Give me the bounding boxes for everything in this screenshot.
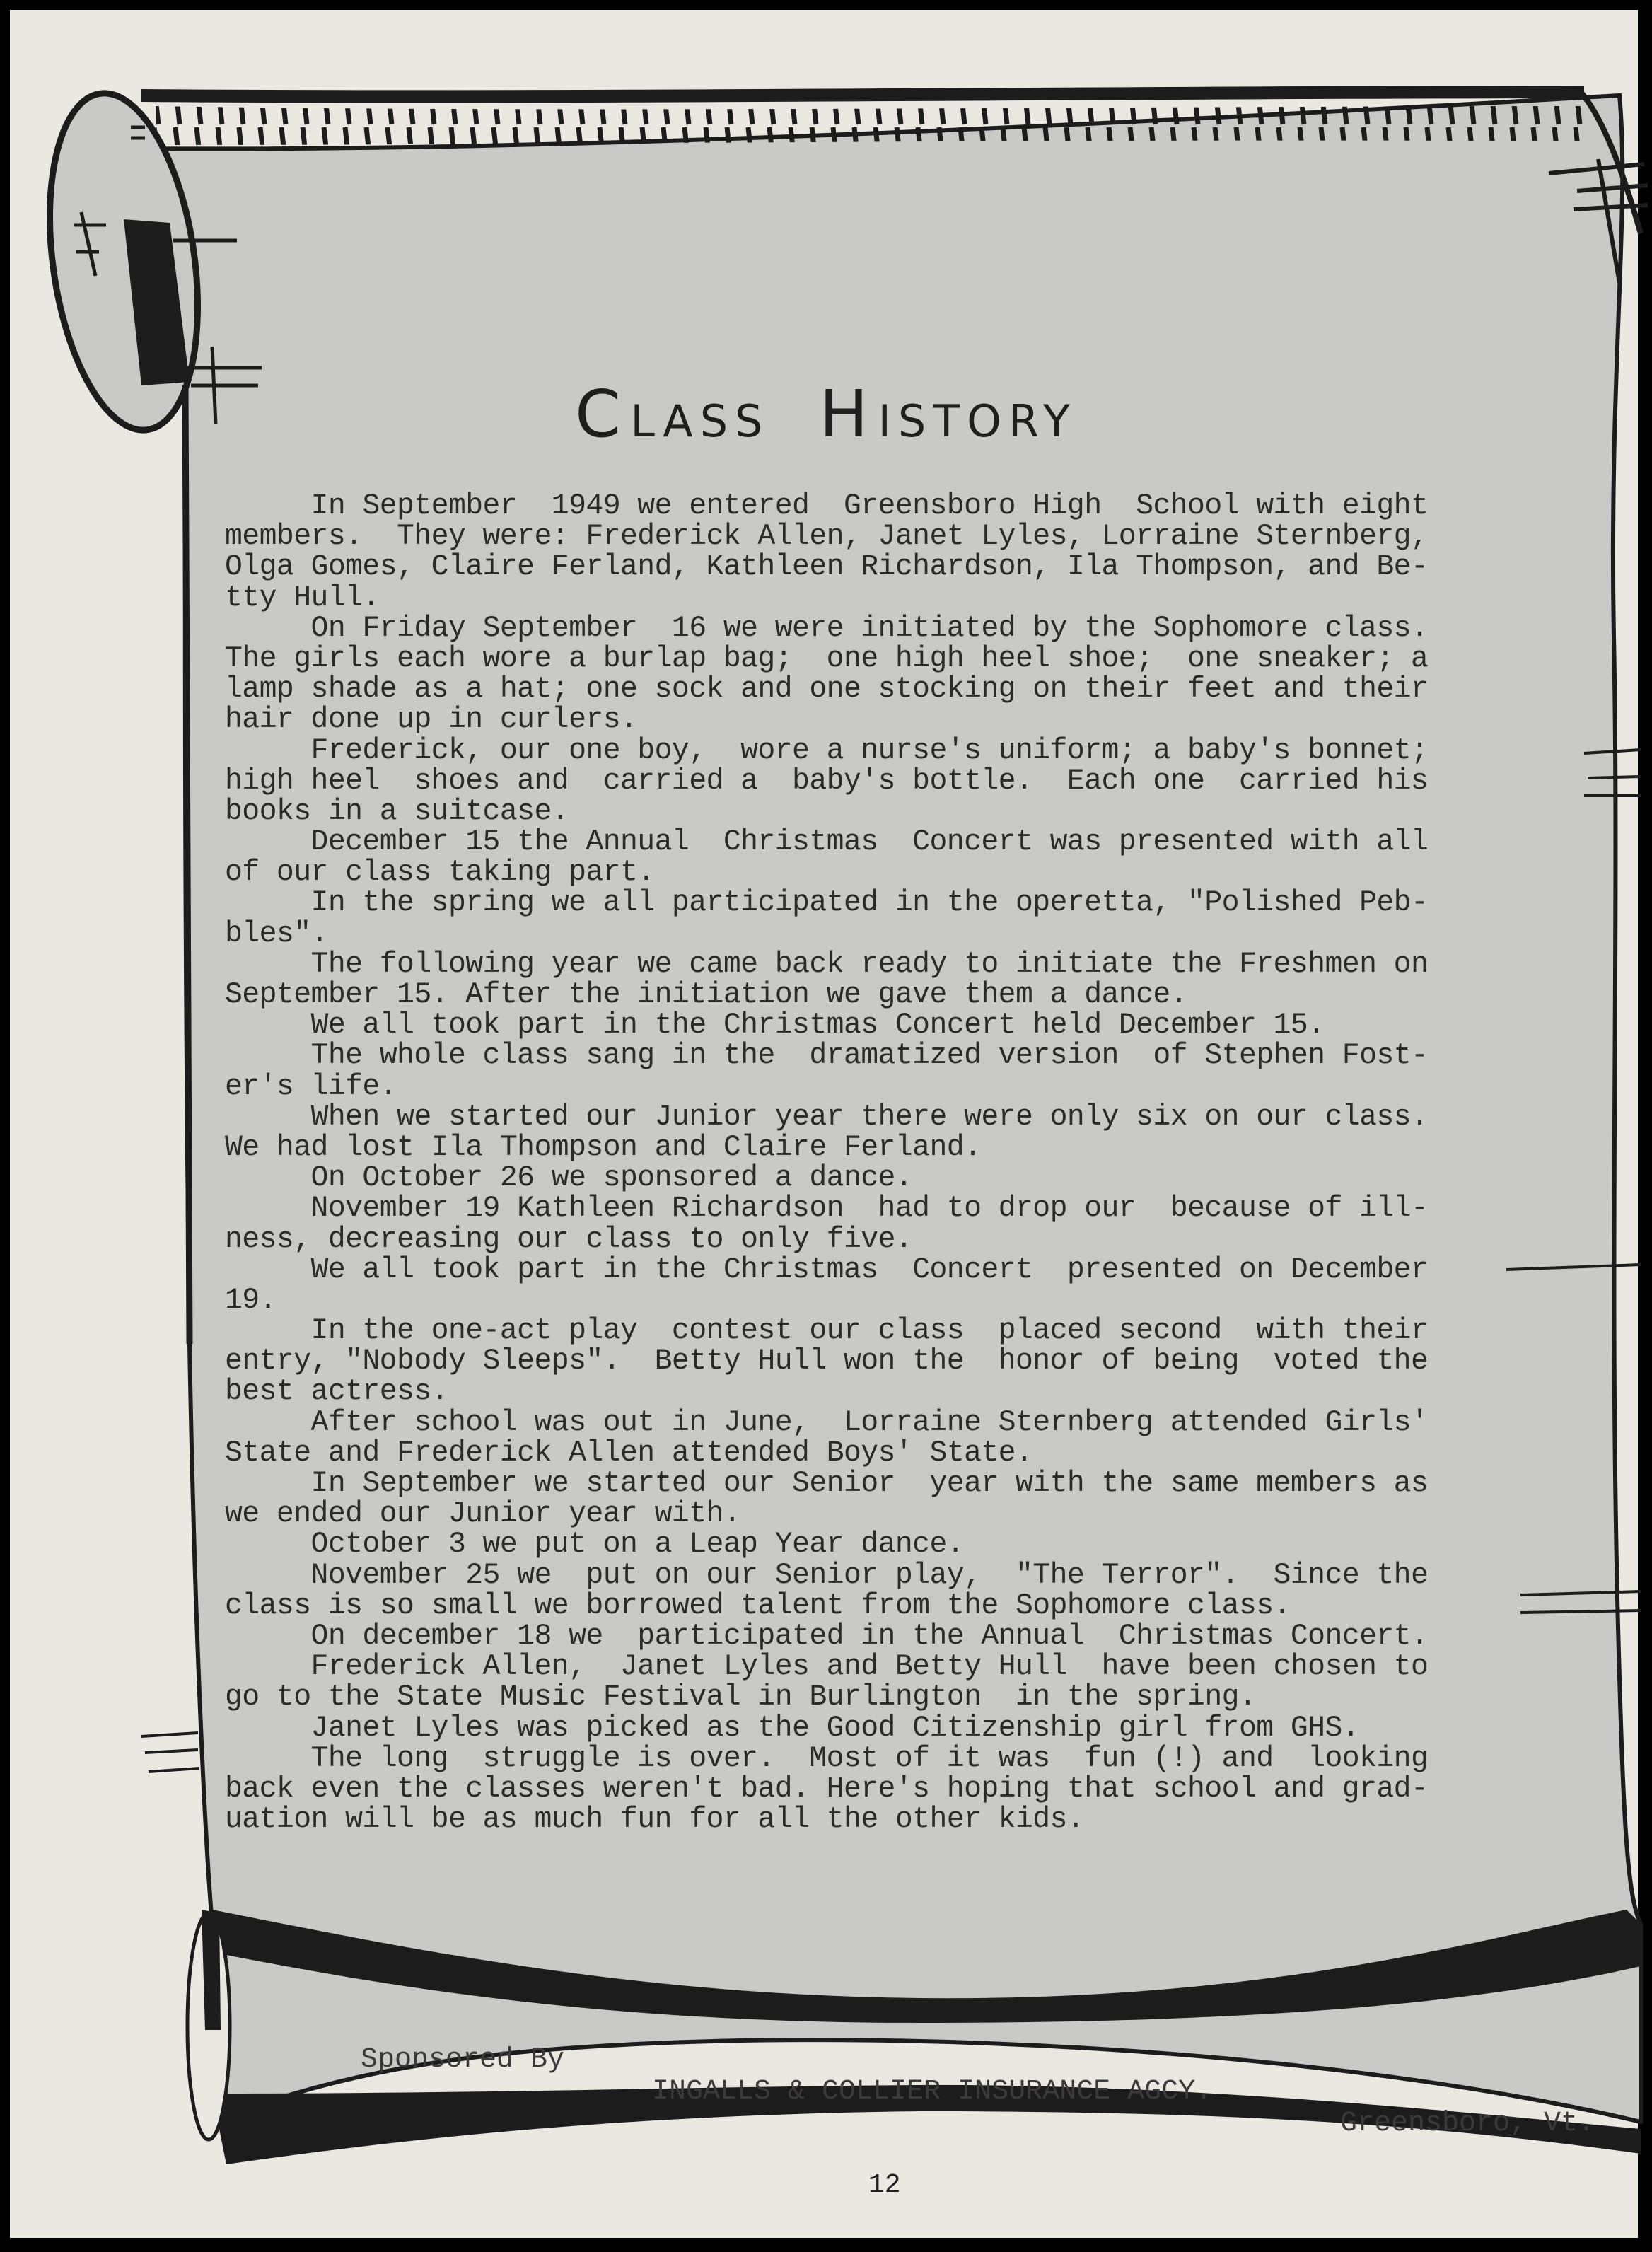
text-line: er's life.	[225, 1072, 1528, 1102]
sponsor-name: INGALLS & COLLIER INSURANCE AGCY.	[652, 2076, 1212, 2108]
text-line: When we started our Junior year there we…	[225, 1102, 1528, 1132]
text-line: ness, decreasing our class to only five.	[225, 1224, 1528, 1255]
text-line: of our class taking part.	[225, 857, 1528, 888]
text-line: uation will be as much fun for all the o…	[225, 1804, 1528, 1835]
text-line: class is so small we borrowed talent fro…	[225, 1591, 1528, 1621]
sponsor-line: Sponsored By INGALLS & COLLIER INSURANCE…	[0, 2012, 1652, 2140]
text-line: Frederick, our one boy, wore a nurse's u…	[225, 736, 1528, 766]
text-line: September 15. After the initiation we ga…	[225, 980, 1528, 1010]
text-line: entry, "Nobody Sleeps". Betty Hull won t…	[225, 1346, 1528, 1376]
text-line: After school was out in June, Lorraine S…	[225, 1407, 1528, 1438]
text-line: We all took part in the Christmas Concer…	[225, 1010, 1528, 1040]
text-line: In September 1949 we entered Greensboro …	[225, 491, 1528, 521]
text-line: Janet Lyles was picked as the Good Citiz…	[225, 1713, 1528, 1743]
text-line: On Friday September 16 we were initiated…	[225, 613, 1528, 644]
text-line: books in a suitcase.	[225, 796, 1528, 827]
text-line: we ended our Junior year with.	[225, 1499, 1528, 1529]
text-line: back even the classes weren't bad. Here'…	[225, 1774, 1528, 1804]
text-line: Frederick Allen, Janet Lyles and Betty H…	[225, 1652, 1528, 1682]
text-line: State and Frederick Allen attended Boys'…	[225, 1438, 1528, 1468]
text-line: The long struggle is over. Most of it wa…	[225, 1743, 1528, 1774]
text-line: bles".	[225, 919, 1528, 949]
text-line: 19.	[225, 1285, 1528, 1316]
text-line: In the one-act play contest our class pl…	[225, 1316, 1528, 1346]
text-line: November 19 Kathleen Richardson had to d…	[225, 1193, 1528, 1224]
sponsor-location: Greensboro, Vt.	[1340, 2108, 1595, 2140]
text-line: On december 18 we participated in the An…	[225, 1621, 1528, 1652]
text-line: The whole class sang in the dramatized v…	[225, 1040, 1528, 1071]
text-line: We had lost Ila Thompson and Claire Ferl…	[225, 1132, 1528, 1163]
text-line: tty Hull.	[225, 583, 1528, 613]
text-line: go to the State Music Festival in Burlin…	[225, 1682, 1528, 1712]
text-line: In September we started our Senior year …	[225, 1468, 1528, 1499]
text-line: We all took part in the Christmas Concer…	[225, 1255, 1528, 1285]
text-line: November 25 we put on our Senior play, "…	[225, 1560, 1528, 1591]
text-line: high heel shoes and carried a baby's bot…	[225, 766, 1528, 796]
text-line: October 3 we put on a Leap Year dance.	[225, 1529, 1528, 1560]
text-line: On October 26 we sponsored a dance.	[225, 1163, 1528, 1193]
text-line: December 15 the Annual Christmas Concert…	[225, 827, 1528, 857]
text-line: members. They were: Frederick Allen, Jan…	[225, 521, 1528, 552]
text-line: best actress.	[225, 1376, 1528, 1407]
class-history-text: In September 1949 we entered Greensboro …	[225, 491, 1528, 1835]
page-number: 12	[868, 2170, 901, 2200]
text-line: lamp shade as a hat; one sock and one st…	[225, 674, 1528, 704]
sponsor-label: Sponsored By	[361, 2044, 564, 2076]
text-line: hair done up in curlers.	[225, 704, 1528, 735]
page-title: CLASSHISTORY	[0, 376, 1652, 452]
text-line: The girls each wore a burlap bag; one hi…	[225, 644, 1528, 674]
text-line: Olga Gomes, Claire Ferland, Kathleen Ric…	[225, 552, 1528, 582]
text-line: In the spring we all participated in the…	[225, 888, 1528, 918]
text-line: The following year we came back ready to…	[225, 949, 1528, 980]
